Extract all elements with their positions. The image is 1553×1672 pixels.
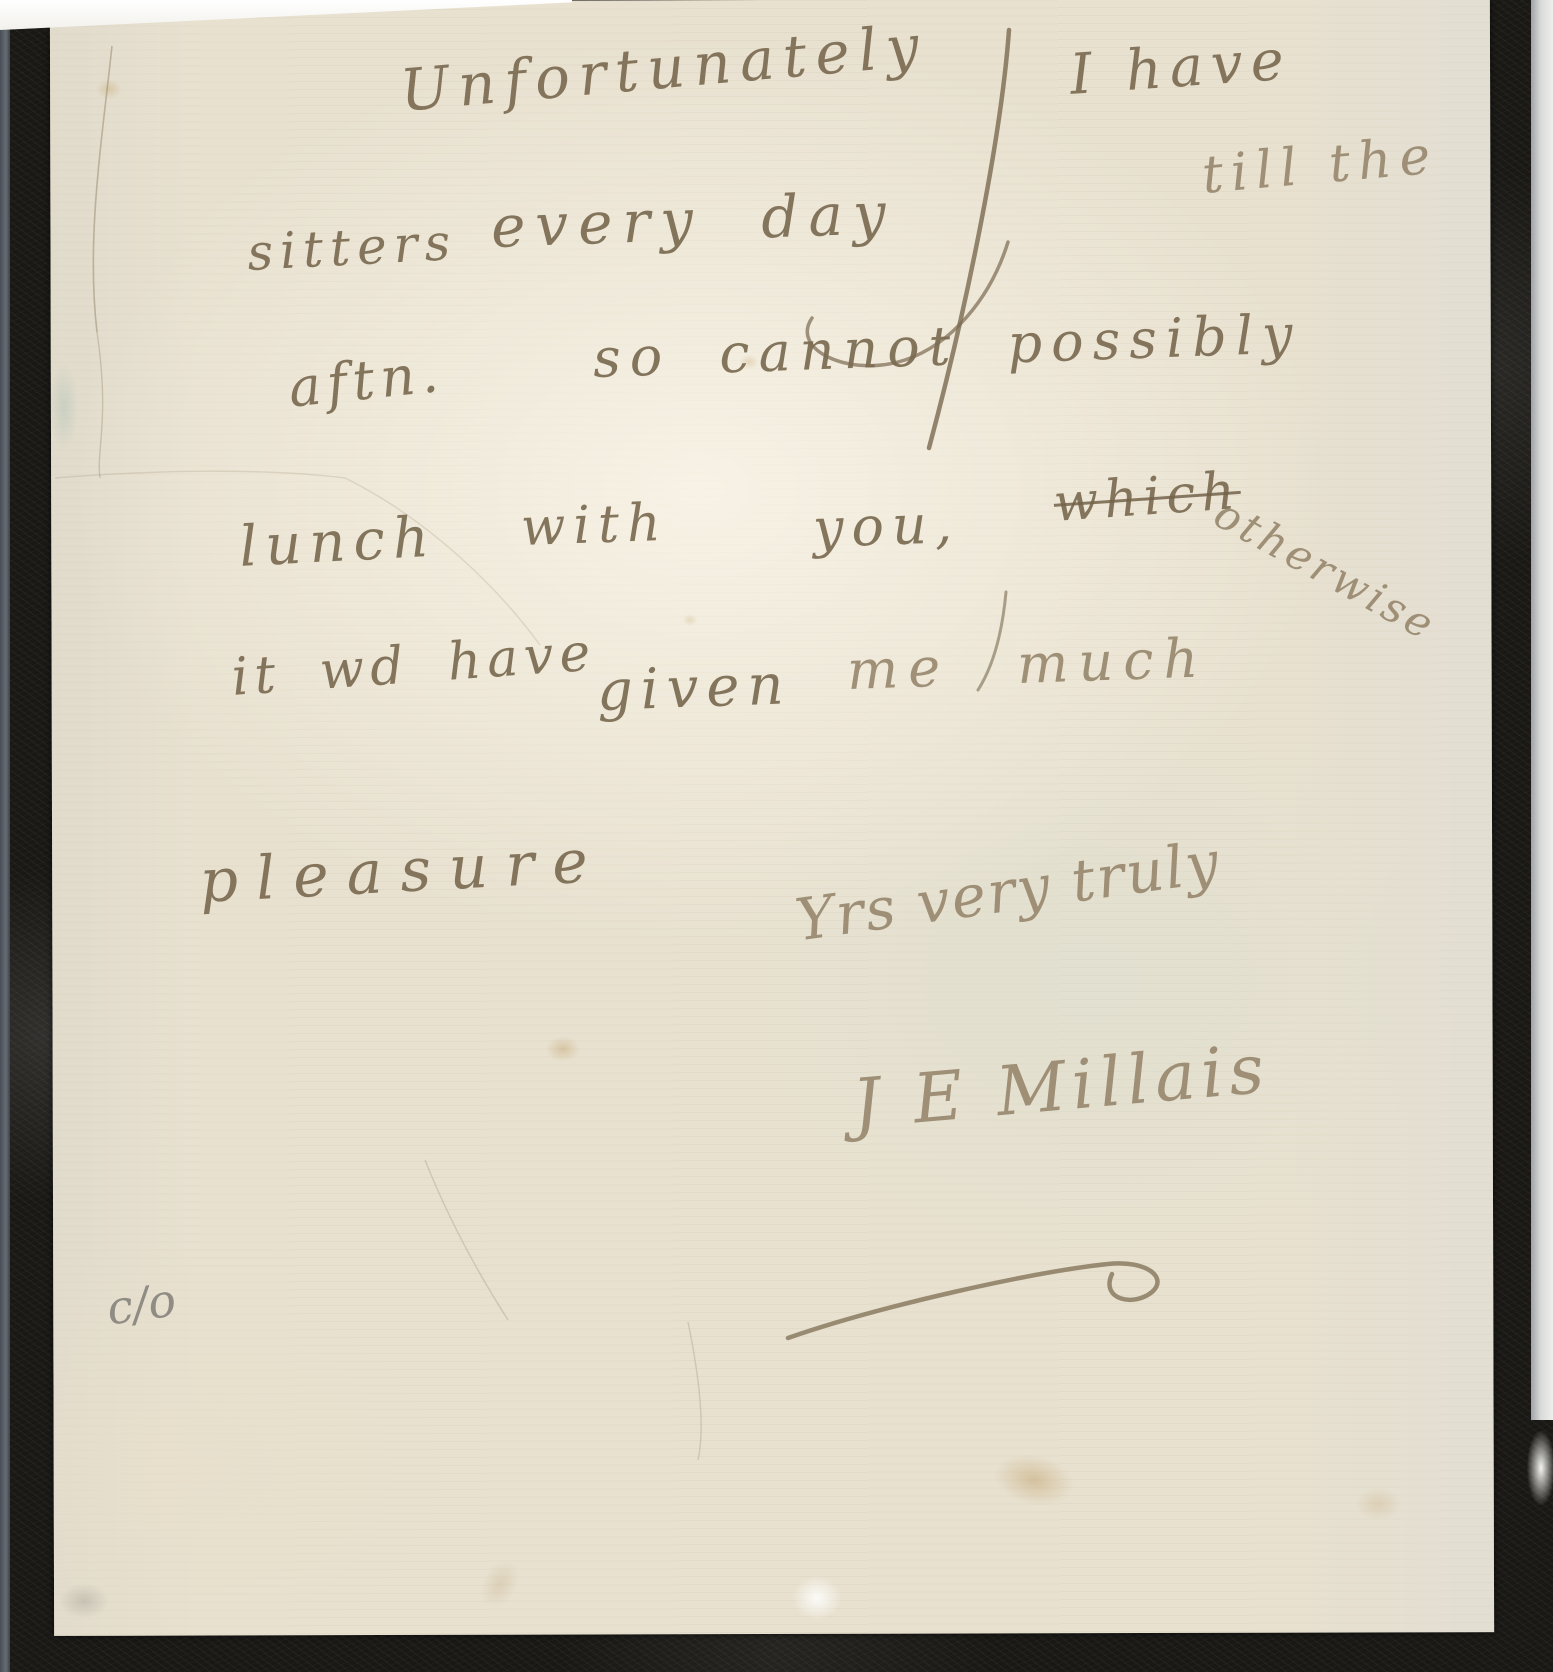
scanner-edge-strip: [0, 0, 10, 1672]
stain-spot: [52, 1578, 116, 1624]
stain-spot: [540, 1032, 586, 1066]
stain-spot: [1348, 1482, 1408, 1526]
stain-spot: [736, 352, 762, 372]
letter-paper: [50, 0, 1494, 1636]
stain-spot: [92, 76, 126, 102]
correction-white-spot: [788, 1572, 846, 1624]
album-backing-notch: [1526, 1428, 1553, 1508]
album-backing-strip-right: [1531, 0, 1553, 1420]
stain-spot: [680, 612, 700, 628]
letter-scan: Unfortunately I have sitters every day t…: [0, 0, 1553, 1672]
stain-spot: [46, 352, 82, 462]
